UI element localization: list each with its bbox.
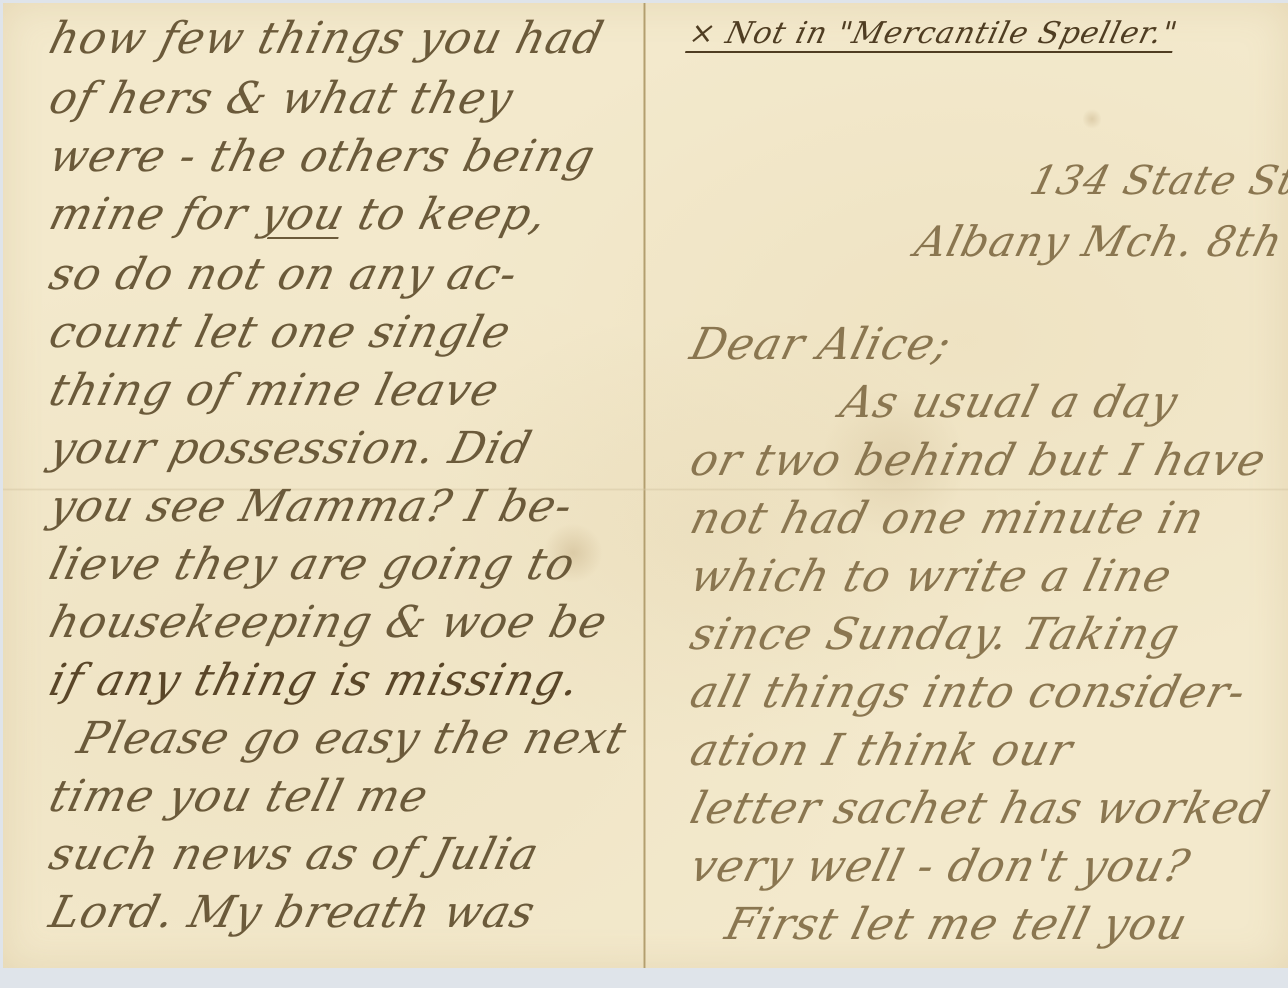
letter-line: or two behind but I have	[686, 439, 1270, 483]
letter-line: time you tell me	[45, 775, 433, 819]
address-date: Albany Mch. 8th	[911, 221, 1287, 263]
right-page: × Not in "Mercantile Speller." 134 State…	[646, 3, 1288, 968]
left-page: how few things you had of hers & what th…	[3, 3, 643, 968]
letter-line: ation I think our	[686, 729, 1077, 773]
letter-line: count let one single	[45, 311, 515, 355]
letter-line: your possession. Did	[45, 427, 536, 471]
letter-line: such news as of Julia	[45, 833, 543, 877]
letter-line: housekeeping & woe be	[45, 601, 612, 645]
letter-line: mine for you to keep,	[45, 193, 552, 237]
margin-note: × Not in "Mercantile Speller."	[686, 19, 1181, 49]
letter-line: lieve they are going to	[45, 543, 580, 587]
letter-line: Please go easy the next	[73, 717, 631, 761]
letter-line: you see Mamma? I be-	[45, 485, 577, 529]
underlined-word: you	[255, 189, 350, 240]
letter-line: how few things you had	[45, 17, 608, 61]
letter-line: which to write a line	[686, 555, 1176, 599]
letter-line: Lord. My breath was	[45, 891, 540, 935]
letter-line: all things into consider-	[686, 671, 1250, 715]
letter-line: since Sunday. Taking	[686, 613, 1184, 657]
address-street: 134 State St.	[1026, 161, 1288, 201]
letter-line: First let me tell you	[721, 903, 1192, 947]
letter-line: very well - don't you?	[686, 845, 1194, 889]
letter-line: letter sachet has worked	[686, 787, 1274, 831]
salutation: Dear Alice;	[686, 323, 956, 367]
letter-line: were - the others being	[45, 135, 600, 179]
letter-text: to keep,	[353, 189, 553, 240]
letter-text: mine for	[44, 189, 253, 240]
letter-line: if any thing is missing.	[45, 659, 584, 703]
letter-scan: how few things you had of hers & what th…	[3, 3, 1288, 968]
letter-line: of hers & what they	[45, 77, 518, 121]
letter-line: not had one minute in	[686, 497, 1209, 541]
letter-line: thing of mine leave	[45, 369, 504, 413]
letter-line: As usual a day	[836, 381, 1182, 425]
letter-line: so do not on any ac-	[45, 253, 522, 297]
